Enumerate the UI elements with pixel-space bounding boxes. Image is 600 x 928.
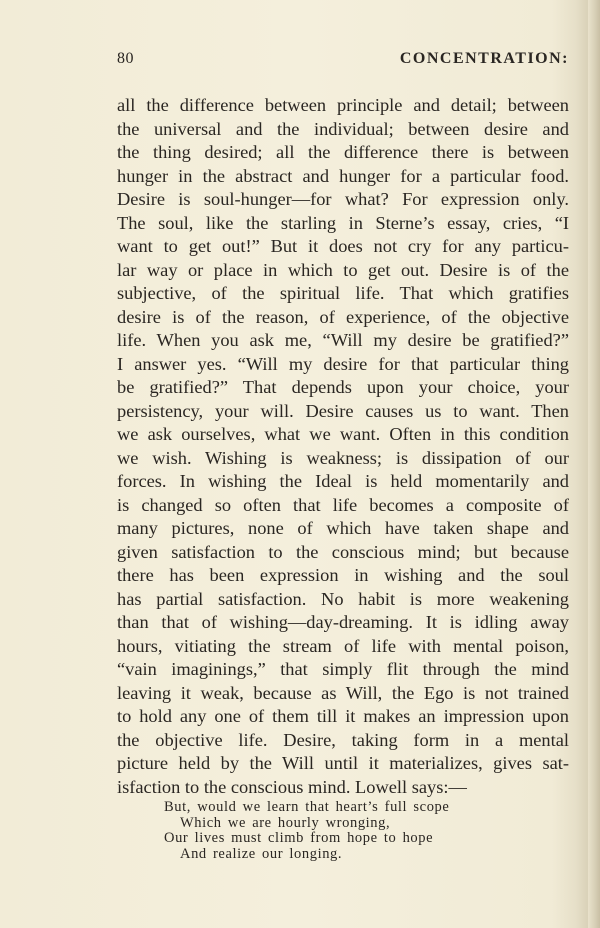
text-line: the universal and the individual; betwee… (117, 118, 569, 142)
text-line: there has been expression in wishing and… (117, 564, 569, 588)
text-line: is changed so often that life becomes a … (117, 494, 569, 518)
body-paragraph: all the difference between principle and… (117, 94, 569, 799)
book-page: 80 CONCENTRATION: all the difference bet… (0, 0, 600, 928)
text-line: desire is of the reason, of experience, … (117, 306, 569, 330)
text-line: want to get out!” But it does not cry fo… (117, 235, 569, 259)
running-head: 80 CONCENTRATION: (117, 50, 569, 74)
text-line: all the difference between principle and… (117, 94, 569, 118)
page-number: 80 (117, 50, 134, 68)
text-line: leaving it weak, because as Will, the Eg… (117, 682, 569, 706)
chapter-title: CONCENTRATION: (400, 50, 569, 68)
verse-line: And realize our longing. (164, 847, 449, 863)
verse-line: But, would we learn that heart’s full sc… (164, 800, 449, 816)
text-line: hours, vitiating the stream of life with… (117, 635, 569, 659)
text-line: The soul, like the starling in Sterne’s … (117, 212, 569, 236)
verse-line: Which we are hourly wronging, (164, 816, 449, 832)
text-line: hunger in the abstract and hunger for a … (117, 165, 569, 189)
text-line: picture held by the Will until it materi… (117, 752, 569, 776)
text-line: we ask ourselves, what we want. Often in… (117, 423, 569, 447)
text-line: isfaction to the conscious mind. Lowell … (117, 776, 569, 800)
text-line: many pictures, none of which have taken … (117, 517, 569, 541)
verse-line: Our lives must climb from hope to hope (164, 831, 449, 847)
text-line: than that of wishing—day-dreaming. It is… (117, 611, 569, 635)
text-line: forces. In wishing the Ideal is held mom… (117, 470, 569, 494)
text-line: the thing desired; all the difference th… (117, 141, 569, 165)
text-line: “vain imaginings,” that simply flit thro… (117, 658, 569, 682)
text-line: has partial satisfaction. No habit is mo… (117, 588, 569, 612)
text-line: I answer yes. “Will my desire for that p… (117, 353, 569, 377)
text-line: be gratified?” That depends upon your ch… (117, 376, 569, 400)
text-line: we wish. Wishing is weakness; is dissipa… (117, 447, 569, 471)
text-line: persistency, your will. Desire causes us… (117, 400, 569, 424)
text-line: to hold any one of them till it makes an… (117, 705, 569, 729)
text-line: subjective, of the spiritual life. That … (117, 282, 569, 306)
text-line: Desire is soul-hunger—for what? For expr… (117, 188, 569, 212)
text-line: lar way or place in which to get out. De… (117, 259, 569, 283)
page-edge (588, 0, 600, 928)
text-line: the objective life. Desire, taking form … (117, 729, 569, 753)
text-line: given satisfaction to the conscious mind… (117, 541, 569, 565)
text-line: life. When you ask me, “Will my desire b… (117, 329, 569, 353)
verse-quote: But, would we learn that heart’s full sc… (164, 800, 449, 862)
